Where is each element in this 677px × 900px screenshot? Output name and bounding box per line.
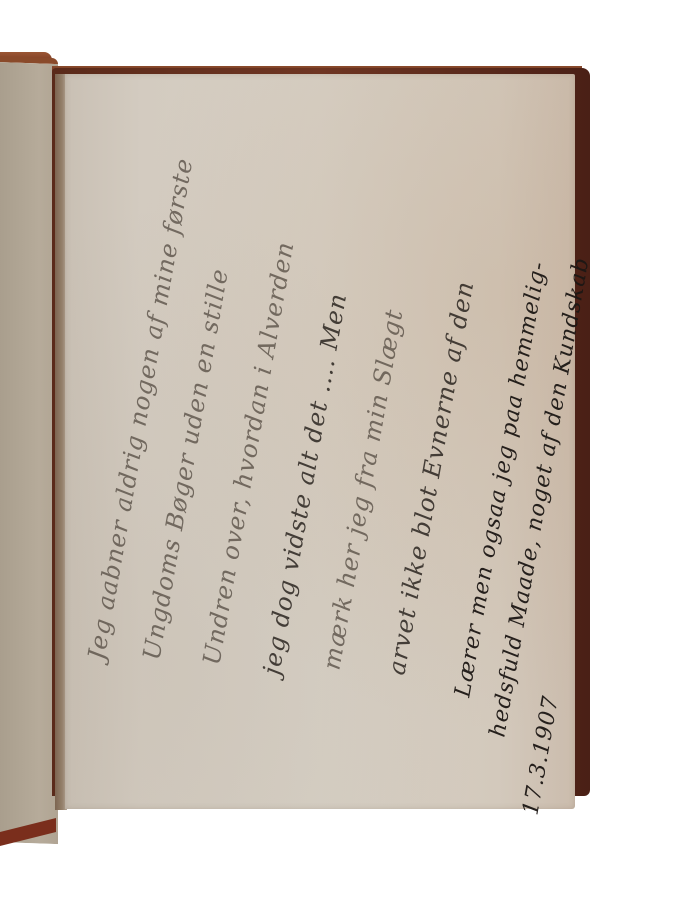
inscription-date: 17.3.1907: [518, 694, 564, 817]
book-photo: Jeg aabner aldrig nogen af mine første U…: [0, 0, 677, 900]
inscription-page: Jeg aabner aldrig nogen af mine første U…: [65, 74, 575, 809]
left-flyleaf: [0, 56, 58, 844]
